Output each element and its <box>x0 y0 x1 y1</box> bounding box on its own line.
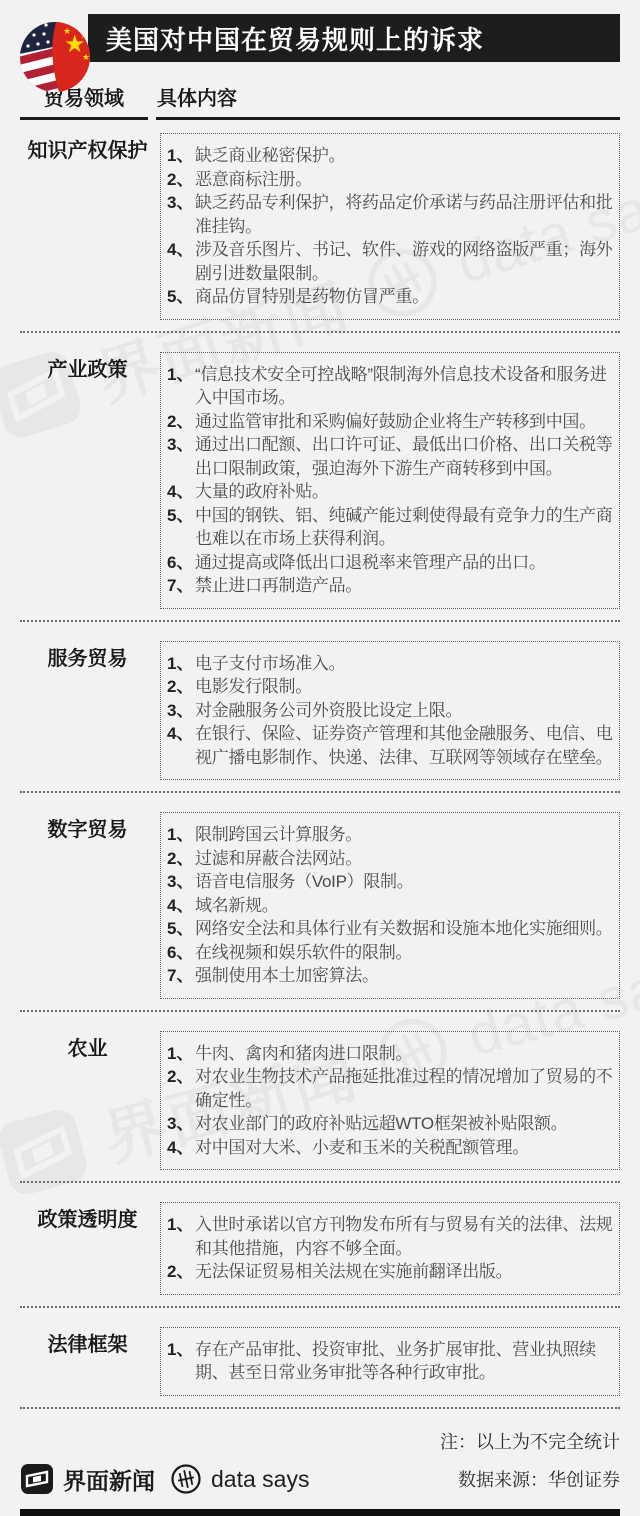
list-item: 4、对中国对大米、小麦和玉米的关税配额管理。 <box>167 1136 615 1160</box>
list-item: 1、缺乏商业秘密保护。 <box>167 144 615 168</box>
item-number: 2、 <box>167 675 195 699</box>
list-item: 6、通过提高或降低出口退税率来管理产品的出口。 <box>167 551 615 575</box>
item-number: 6、 <box>167 941 195 965</box>
section-row: 法律框架 1、存在产品审批、投资审批、业务扩展审批、营业执照续期、甚至日常业务审… <box>0 1327 640 1396</box>
item-number: 5、 <box>167 504 195 551</box>
item-number: 3、 <box>167 191 195 238</box>
section-label: 政策透明度 <box>20 1202 155 1232</box>
list-item: 6、在线视频和娱乐软件的限制。 <box>167 941 615 965</box>
item-text: 涉及音乐图片、书记、软件、游戏的网络盗版严重；海外剧引进数量限制。 <box>195 238 615 285</box>
item-number: 1、 <box>167 652 195 676</box>
list-item: 4、在银行、保险、证券资产管理和其他金融服务、电信、电视广播电影制作、快递、法律… <box>167 722 615 769</box>
list-item: 2、无法保证贸易相关法规在实施前翻译出版。 <box>167 1260 615 1284</box>
item-number: 2、 <box>167 410 195 434</box>
section-label: 知识产权保护 <box>20 133 155 163</box>
item-text: 缺乏商业秘密保护。 <box>195 144 615 168</box>
section-content-box: 1、入世时承诺以官方刊物发布所有与贸易有关的法律、法规和其他措施，内容不够全面。… <box>160 1202 620 1295</box>
item-text: 对农业生物技术产品拖延批准过程的情况增加了贸易的不确定性。 <box>195 1065 615 1112</box>
item-text: 语音电信服务（VoIP）限制。 <box>195 870 615 894</box>
footer-row: 界面新闻 data says 数据来源：华创证券 <box>20 1463 620 1496</box>
item-number: 3、 <box>167 699 195 723</box>
list-item: 1、限制跨国云计算服务。 <box>167 823 615 847</box>
section-label: 农业 <box>20 1031 155 1061</box>
item-text: 在线视频和娱乐软件的限制。 <box>195 941 615 965</box>
item-number: 2、 <box>167 168 195 192</box>
item-text: 恶意商标注册。 <box>195 168 615 192</box>
item-number: 3、 <box>167 433 195 480</box>
section-label: 产业政策 <box>20 352 155 382</box>
us-china-flags-icon: ★ ★ ★ ★ <box>20 22 90 92</box>
list-item: 5、商品仿冒特别是药物仿冒严重。 <box>167 285 615 309</box>
section-content-box: 1、牛肉、禽肉和猪肉进口限制。2、对农业生物技术产品拖延批准过程的情况增加了贸易… <box>160 1031 620 1171</box>
item-text: 牛肉、禽肉和猪肉进口限制。 <box>195 1042 615 1066</box>
item-number: 5、 <box>167 917 195 941</box>
section-divider <box>20 1407 620 1409</box>
list-item: 7、强制使用本土加密算法。 <box>167 964 615 988</box>
section-row: 知识产权保护 1、缺乏商业秘密保护。2、恶意商标注册。3、缺乏药品专利保护，将药… <box>0 133 640 320</box>
item-text: 电子支付市场准入。 <box>195 652 615 676</box>
list-item: 2、对农业生物技术产品拖延批准过程的情况增加了贸易的不确定性。 <box>167 1065 615 1112</box>
list-item: 1、存在产品审批、投资审批、业务扩展审批、营业执照续期、甚至日常业务审批等各种行… <box>167 1338 615 1385</box>
datasays-logo-icon <box>170 1463 202 1495</box>
list-item: 2、过滤和屏蔽合法网站。 <box>167 847 615 871</box>
item-number: 4、 <box>167 238 195 285</box>
section-content-box: 1、电子支付市场准入。2、电影发行限制。3、对金融服务公司外资股比设定上限。4、… <box>160 641 620 781</box>
list-item: 1、“信息技术安全可控战略”限制海外信息技术设备和服务进入中国市场。 <box>167 363 615 410</box>
item-text: 存在产品审批、投资审批、业务扩展审批、营业执照续期、甚至日常业务审批等各种行政审… <box>195 1338 615 1385</box>
item-text: 电影发行限制。 <box>195 675 615 699</box>
section-content-box: 1、限制跨国云计算服务。2、过滤和屏蔽合法网站。3、语音电信服务（VoIP）限制… <box>160 812 620 999</box>
section-content-box: 1、缺乏商业秘密保护。2、恶意商标注册。3、缺乏药品专利保护，将药品定价承诺与药… <box>160 133 620 320</box>
list-item: 4、涉及音乐图片、书记、软件、游戏的网络盗版严重；海外剧引进数量限制。 <box>167 238 615 285</box>
section-row: 数字贸易 1、限制跨国云计算服务。2、过滤和屏蔽合法网站。3、语音电信服务（Vo… <box>0 812 640 999</box>
list-item: 2、电影发行限制。 <box>167 675 615 699</box>
item-number: 7、 <box>167 574 195 598</box>
section-content-box: 1、“信息技术安全可控战略”限制海外信息技术设备和服务进入中国市场。2、通过监管… <box>160 352 620 609</box>
bottom-bar <box>20 1509 620 1516</box>
item-number: 1、 <box>167 823 195 847</box>
section-divider <box>20 791 620 793</box>
item-number: 2、 <box>167 847 195 871</box>
section-divider <box>20 620 620 622</box>
item-number: 7、 <box>167 964 195 988</box>
section-divider <box>20 1181 620 1183</box>
item-number: 3、 <box>167 870 195 894</box>
item-number: 1、 <box>167 363 195 410</box>
item-number: 1、 <box>167 1338 195 1385</box>
section-row: 政策透明度 1、入世时承诺以官方刊物发布所有与贸易有关的法律、法规和其他措施，内… <box>0 1202 640 1295</box>
list-item: 7、禁止进口再制造产品。 <box>167 574 615 598</box>
item-number: 4、 <box>167 894 195 918</box>
item-text: 通过出口配额、出口许可证、最低出口价格、出口关税等出口限制政策，强迫海外下游生产… <box>195 433 615 480</box>
item-text: 通过提高或降低出口退税率来管理产品的出口。 <box>195 551 615 575</box>
item-number: 1、 <box>167 1213 195 1260</box>
item-number: 3、 <box>167 1112 195 1136</box>
footnote: 注：以上为不完全统计 <box>20 1428 620 1454</box>
page-title: 美国对中国在贸易规则上的诉求 <box>106 20 484 57</box>
item-text: 缺乏药品专利保护，将药品定价承诺与药品注册评估和批准挂钩。 <box>195 191 615 238</box>
jiemian-logo-icon <box>20 1463 54 1495</box>
item-text: 对金融服务公司外资股比设定上限。 <box>195 699 615 723</box>
item-number: 6、 <box>167 551 195 575</box>
item-text: 在银行、保险、证券资产管理和其他金融服务、电信、电视广播电影制作、快递、法律、互… <box>195 722 615 769</box>
list-item: 2、通过监管审批和采购偏好鼓励企业将生产转移到中国。 <box>167 410 615 434</box>
item-text: 域名新规。 <box>195 894 615 918</box>
section-content-box: 1、存在产品审批、投资审批、业务扩展审批、营业执照续期、甚至日常业务审批等各种行… <box>160 1327 620 1396</box>
item-text: 网络安全法和具体行业有关数据和设施本地化实施细则。 <box>195 917 615 941</box>
list-item: 3、对金融服务公司外资股比设定上限。 <box>167 699 615 723</box>
item-number: 4、 <box>167 480 195 504</box>
item-number: 4、 <box>167 1136 195 1160</box>
section-divider <box>20 1306 620 1308</box>
section-row: 产业政策 1、“信息技术安全可控战略”限制海外信息技术设备和服务进入中国市场。2… <box>0 352 640 609</box>
svg-text:★: ★ <box>82 52 90 62</box>
section-label: 数字贸易 <box>20 812 155 842</box>
title-bar: 美国对中国在贸易规则上的诉求 <box>88 14 620 62</box>
item-text: 入世时承诺以官方刊物发布所有与贸易有关的法律、法规和其他措施，内容不够全面。 <box>195 1213 615 1260</box>
brand-name: 界面新闻 <box>63 1463 155 1496</box>
item-text: 商品仿冒特别是药物仿冒严重。 <box>195 285 615 309</box>
item-text: 对中国对大米、小麦和玉米的关税配额管理。 <box>195 1136 615 1160</box>
svg-text:★: ★ <box>63 26 71 36</box>
item-text: 无法保证贸易相关法规在实施前翻译出版。 <box>195 1260 615 1284</box>
list-item: 3、缺乏药品专利保护，将药品定价承诺与药品注册评估和批准挂钩。 <box>167 191 615 238</box>
column-header-details: 具体内容 <box>156 82 620 120</box>
infographic-page: 界面新闻 data says 界面新闻 <box>0 0 640 1516</box>
list-item: 3、对农业部门的政府补贴远超WTO框架被补贴限额。 <box>167 1112 615 1136</box>
item-text: 对农业部门的政府补贴远超WTO框架被补贴限额。 <box>195 1112 615 1136</box>
item-text: 强制使用本土加密算法。 <box>195 964 615 988</box>
section-row: 服务贸易 1、电子支付市场准入。2、电影发行限制。3、对金融服务公司外资股比设定… <box>0 641 640 781</box>
item-number: 2、 <box>167 1260 195 1284</box>
item-text: 大量的政府补贴。 <box>195 480 615 504</box>
item-text: 限制跨国云计算服务。 <box>195 823 615 847</box>
list-item: 3、语音电信服务（VoIP）限制。 <box>167 870 615 894</box>
item-text: 通过监管审批和采购偏好鼓励企业将生产转移到中国。 <box>195 410 615 434</box>
product-name: data says <box>211 1466 309 1493</box>
item-text: 禁止进口再制造产品。 <box>195 574 615 598</box>
item-number: 1、 <box>167 1042 195 1066</box>
svg-text:★: ★ <box>80 30 88 40</box>
section-divider <box>20 331 620 333</box>
section-divider <box>20 1010 620 1012</box>
list-item: 5、网络安全法和具体行业有关数据和设施本地化实施细则。 <box>167 917 615 941</box>
sections: 知识产权保护 1、缺乏商业秘密保护。2、恶意商标注册。3、缺乏药品专利保护，将药… <box>0 133 640 1409</box>
item-text: “信息技术安全可控战略”限制海外信息技术设备和服务进入中国市场。 <box>195 363 615 410</box>
section-label: 服务贸易 <box>20 641 155 671</box>
list-item: 2、恶意商标注册。 <box>167 168 615 192</box>
item-number: 5、 <box>167 285 195 309</box>
item-number: 4、 <box>167 722 195 769</box>
column-headers: 贸易领域 具体内容 <box>20 82 620 120</box>
list-item: 4、域名新规。 <box>167 894 615 918</box>
data-source: 数据来源：华创证券 <box>458 1466 620 1492</box>
list-item: 1、牛肉、禽肉和猪肉进口限制。 <box>167 1042 615 1066</box>
list-item: 3、通过出口配额、出口许可证、最低出口价格、出口关税等出口限制政策，强迫海外下游… <box>167 433 615 480</box>
item-text: 过滤和屏蔽合法网站。 <box>195 847 615 871</box>
section-row: 农业 1、牛肉、禽肉和猪肉进口限制。2、对农业生物技术产品拖延批准过程的情况增加… <box>0 1031 640 1171</box>
list-item: 1、入世时承诺以官方刊物发布所有与贸易有关的法律、法规和其他措施，内容不够全面。 <box>167 1213 615 1260</box>
section-label: 法律框架 <box>20 1327 155 1357</box>
list-item: 1、电子支付市场准入。 <box>167 652 615 676</box>
list-item: 5、中国的钢铁、铝、纯碱产能过剩使得最有竞争力的生产商也难以在市场上获得利润。 <box>167 504 615 551</box>
item-text: 中国的钢铁、铝、纯碱产能过剩使得最有竞争力的生产商也难以在市场上获得利润。 <box>195 504 615 551</box>
list-item: 4、大量的政府补贴。 <box>167 480 615 504</box>
item-number: 1、 <box>167 144 195 168</box>
item-number: 2、 <box>167 1065 195 1112</box>
